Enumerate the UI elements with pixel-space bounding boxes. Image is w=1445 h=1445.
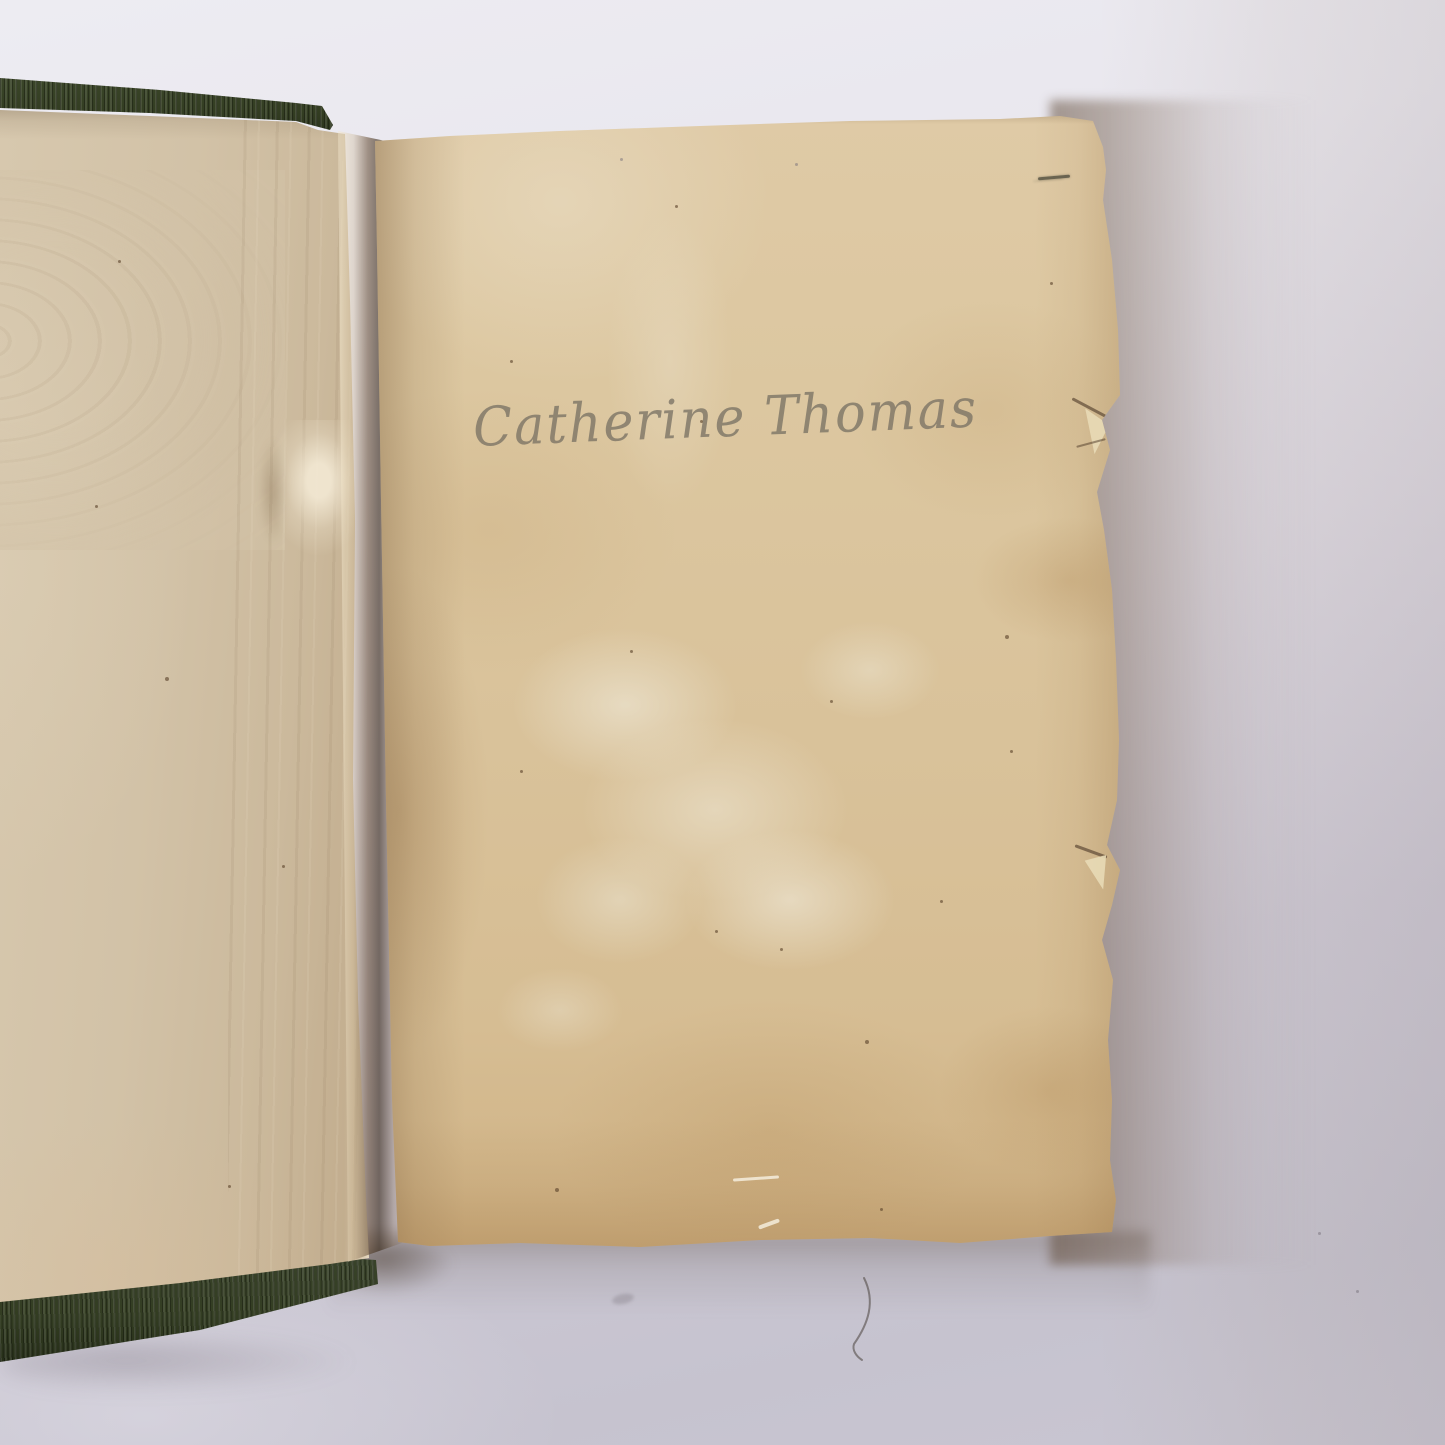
foxing-speck: [780, 948, 783, 951]
owner-signature: Catherine Thomas: [463, 348, 997, 488]
foxing-speck: [555, 1188, 559, 1192]
dust-speck: [1318, 1232, 1321, 1235]
foxing-speck: [510, 360, 513, 363]
foxing-speck: [1005, 635, 1009, 639]
left-pastedown-endpaper: [0, 105, 372, 1320]
dust-speck: [795, 163, 798, 166]
foxing-speck: [165, 677, 169, 681]
foxing-speck: [95, 505, 98, 508]
right-flyleaf-page: Catherine Thomas: [370, 110, 1130, 1255]
dust-speck: [1356, 1290, 1359, 1293]
foxing-speck: [118, 260, 121, 263]
foxing-speck: [675, 205, 678, 208]
foxing-speck: [700, 420, 703, 423]
foxing-speck: [715, 930, 718, 933]
foxing-speck: [630, 650, 633, 653]
endpaper-wrinkle-shadow: [258, 437, 288, 545]
foxing-speck: [830, 700, 833, 703]
foxing-speck: [940, 900, 943, 903]
flyleaf-edge-shading: [370, 110, 1130, 1255]
foxing-speck: [282, 865, 285, 868]
foxing-speck: [865, 1040, 869, 1044]
foxing-speck: [880, 1208, 883, 1211]
foxing-speck: [520, 770, 523, 773]
foxing-speck: [1050, 282, 1053, 285]
signature-text: Catherine Thomas: [472, 377, 979, 459]
foxing-speck: [228, 1185, 231, 1188]
photo-open-vintage-book: { "photo": { "signature": { "text": "Cat…: [0, 0, 1445, 1445]
hair-strand: [842, 1272, 912, 1367]
dust-speck: [620, 158, 623, 161]
foxing-speck: [1010, 750, 1013, 753]
